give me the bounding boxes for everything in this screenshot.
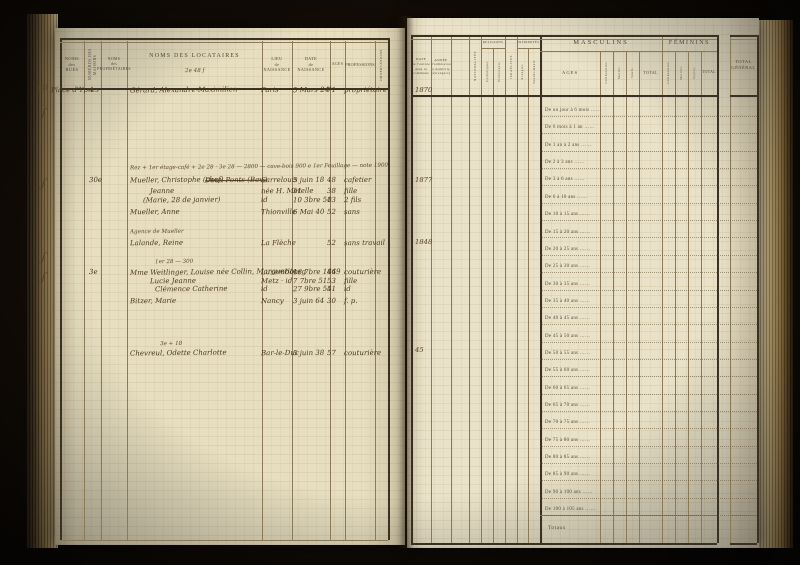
header-annee-admission: ANNÉE d'admission à domicile (étrangers) (431, 38, 451, 95)
entry-age: 71 (327, 86, 336, 94)
book-gutter-shadow (398, 16, 414, 548)
age-row: De 6 mois à 1 an …… (540, 115, 757, 134)
age-row: De 55 à 60 ans …… (540, 358, 757, 377)
entry-lieu: née H. Metelle (261, 187, 314, 196)
entry-lieu: Paris (261, 86, 279, 94)
table-rule (493, 48, 494, 543)
header-israelites: ISRAÉLITES (505, 38, 517, 95)
header-religions: RELIGIONS (481, 36, 505, 48)
entry-name: Clémence Catherine (155, 285, 228, 294)
age-row: De 10 à 15 ans …… (540, 202, 757, 221)
age-row: De 1 an à 2 ans …… (540, 133, 757, 152)
age-row: De 50 à 55 ans …… (540, 341, 757, 360)
header-fem-veuves: Veuves (688, 51, 701, 95)
header-nationalites: NATIONALITÉS (469, 38, 481, 95)
entry-name: Rez + 1er étage-café + 2e 28 · 3e 28 — 2… (130, 163, 388, 172)
entry-lieu: id (261, 285, 268, 293)
entry-profession: sans (344, 208, 360, 216)
table-rule (411, 95, 717, 97)
entry-age: 52 (327, 239, 336, 247)
entry-age: 51 (327, 285, 336, 293)
entry-name: 1er 28 — 300 (155, 259, 193, 265)
table-rule (757, 35, 759, 543)
table-rule (505, 35, 506, 543)
header-masc-maries: Mariés (613, 51, 626, 95)
age-row: De 75 à 80 ans …… (540, 428, 757, 447)
header-ages: AGES (330, 41, 345, 88)
entry-date: 10 3bre 50 (293, 196, 332, 204)
table-rule (431, 35, 432, 543)
table-rule (517, 35, 518, 543)
entry-age: 52 (327, 208, 336, 216)
entry-lieu: Nancy (261, 297, 284, 305)
entry-place-struck: Deux Ponts (Bav.) (205, 176, 267, 185)
entry-profession: 2 fils (344, 196, 361, 204)
entry-age: 48 (327, 176, 336, 184)
header-fem-celibataires: Célibataires (662, 51, 675, 95)
register-entry-line: (Marie, 28 de janvier)id10 3bre 50132 fi… (55, 196, 405, 207)
entry-number: 30e (89, 176, 102, 184)
entry-date: 6 Mai 40 (293, 208, 324, 216)
age-row: De 15 à 20 ans …… (540, 219, 757, 238)
age-row: De un jour à 6 mois …… (540, 98, 757, 117)
age-row: De 2 à 3 ans …… (540, 150, 757, 169)
header-masc-ages: AGES (540, 51, 600, 95)
entry-year: 1870 (415, 86, 432, 94)
entry-date: 51 (293, 187, 302, 195)
entry-age: 57 (327, 349, 336, 357)
entry-date: 5 juin 38 (293, 349, 324, 357)
entry-profession: fille (344, 277, 357, 285)
right-page: DATE de l'entrée dans la commune ANNÉE d… (407, 18, 759, 548)
table-rule (730, 95, 757, 97)
entry-profession: fille (344, 187, 357, 195)
register-entry-line: Lalande, ReineLa Flèche52sans travail (55, 239, 405, 250)
table-rule (528, 48, 529, 543)
header-lieu-naissance: LIEU de NAISSANCE (262, 41, 292, 88)
header-date-naissance: DATE de NAISSANCE (292, 41, 330, 88)
entry-name: (Marie, 28 de janvier) (143, 196, 221, 205)
entry-number: 3e (89, 268, 98, 276)
totaux-label: Totaux (548, 525, 566, 531)
entry-profession: propriétaire (344, 86, 387, 94)
register-entry-line: Bitzer, MarieNancy3 juin 6430f. p. (55, 297, 405, 308)
table-rule (60, 38, 388, 40)
entry-date: 5 Mars 24 (293, 86, 329, 94)
header-masc-total: TOTAL (639, 51, 662, 95)
header-observations: OBSERVATIONS (375, 41, 388, 88)
age-row: De 70 à 75 ans …… (540, 410, 757, 429)
table-rule (469, 35, 470, 543)
entry-profession: couturière (344, 268, 381, 276)
entry-date: 3 juin 64 (293, 297, 324, 305)
entry-lieu: id (261, 196, 268, 204)
register-entry-line: Chevreul, Odette CharlotteBar-le-Duc5 ju… (55, 349, 405, 360)
age-row: De 3 à 6 ans …… (540, 167, 757, 186)
entry-year: 1848 (415, 238, 432, 246)
entry-number: 4 (89, 86, 94, 94)
header-religions-catholiques: Catholiques (481, 48, 493, 95)
entry-date: 27 9bre 54 (293, 285, 332, 293)
entry-name: Jeanne (150, 187, 174, 195)
register-entry-line: Place d'Ypres4Gérard, Alexandre-Maximili… (55, 86, 405, 97)
header-infirmites: INFIRMITÉS (517, 36, 540, 48)
table-rule (481, 35, 482, 543)
entry-lieu: La Flèche (261, 239, 296, 247)
entry-profession: sans travail (344, 239, 385, 247)
header-fem-mariees: Mariées (675, 51, 688, 95)
header-fem-total: TOTAL (701, 51, 717, 95)
entry-lieu: Metz · id (261, 277, 292, 285)
entry-year: 1877 (415, 176, 432, 184)
header-noms-rues: NOMS des RUES (60, 41, 84, 88)
age-row: De 85 à 90 ans …… (540, 462, 757, 481)
entry-age: 46 (327, 268, 336, 276)
entry-name: Lalande, Reine (130, 239, 183, 248)
entry-profession: f. p. (344, 297, 358, 305)
header-masc-veufs: Veufs (626, 51, 639, 95)
entry-age: 13 (327, 196, 336, 204)
entry-lieu: Thionville (261, 208, 296, 216)
age-row: De 6 à 10 ans …… (540, 185, 757, 204)
register-entry-line: Mueller, AnneThionville6 Mai 4052sans (55, 208, 405, 219)
age-row: De 65 à 70 ans …… (540, 393, 757, 412)
age-row: De 90 à 100 ans …… (540, 480, 757, 499)
header-total-general: TOTAL GÉNÉRAL (730, 35, 757, 95)
entry-name: 2e 48 f (185, 68, 205, 74)
header-professions: PROFESSIONS (345, 41, 375, 88)
table-rule (60, 540, 388, 541)
table-rule (411, 543, 717, 545)
header-noms-proprietaires: NOMS des PROPRIÉTAIRES (101, 41, 127, 88)
register-entry-line: 30eMueller, Christophe (chef)Deux Ponts … (55, 176, 405, 187)
entry-name: 3e + 18 (160, 341, 182, 347)
entry-name: Agence de Mueller (130, 229, 184, 236)
table-rule (730, 543, 757, 545)
age-row: De 20 à 25 ans …… (540, 237, 757, 256)
age-row: De 25 à 30 ans …… (540, 254, 757, 273)
entry-age: 30 (327, 297, 336, 305)
header-infirmites-sourds: Sourds-muets (528, 48, 540, 95)
age-row: De 45 à 50 ans …… (540, 324, 757, 343)
book-scan: 101 ʃʃʃʃ NOMS des RUES NUMÉROS DES MAISO… (0, 0, 800, 565)
age-row: De 80 à 85 ans …… (540, 445, 757, 464)
entry-date: 5 juin 18 (293, 176, 324, 184)
age-row: De 30 à 35 ans …… (540, 272, 757, 291)
entry-name: Gérard, Alexandre-Maximilien (130, 85, 238, 94)
book-page-edges-right (757, 20, 793, 548)
left-page: NOMS des RUES NUMÉROS DES MAISONS NOMS d… (55, 28, 405, 545)
header-infirmites-aveugles: Aveugles (517, 48, 528, 95)
age-row: De 40 à 45 ans …… (540, 306, 757, 325)
table-rule (451, 35, 452, 543)
header-blank-column (451, 38, 469, 95)
entry-profession: cafetier (344, 176, 371, 184)
age-row: De 35 à 40 ans …… (540, 289, 757, 308)
entry-name: Lucie Jeanne (150, 277, 196, 285)
handwritten-annotation: 2e 48 f (55, 68, 405, 79)
entry-profession: id (344, 285, 351, 293)
age-row: De 60 à 65 ans …… (540, 376, 757, 395)
header-masc-celibataires: Célibataires (600, 51, 613, 95)
handwritten-annotation: Rez + 1er étage-café + 2e 28 · 3e 28 — 2… (55, 164, 405, 175)
header-masculins: MASCULINS (540, 35, 662, 51)
header-noms-locataires: NOMS DES LOCATAIRES (127, 41, 262, 71)
entry-name: Chevreul, Odette Charlotte (130, 348, 227, 357)
register-entry-line: Clémence Catherineid27 9bre 5451id (55, 285, 405, 296)
entry-year: 45 (415, 346, 424, 354)
entry-name: Bitzer, Marie (130, 297, 176, 305)
header-religions-protestants: Protestants (493, 48, 505, 95)
entry-name: Mueller, Anne (130, 208, 180, 217)
age-row: De 100 à 105 ans …… (540, 497, 757, 516)
age-row-label: De 100 à 105 ans …… (540, 508, 596, 515)
entry-age: 38 (327, 187, 336, 195)
header-feminins: FÉMININS (662, 35, 717, 51)
entry-profession: couturière (344, 349, 381, 357)
